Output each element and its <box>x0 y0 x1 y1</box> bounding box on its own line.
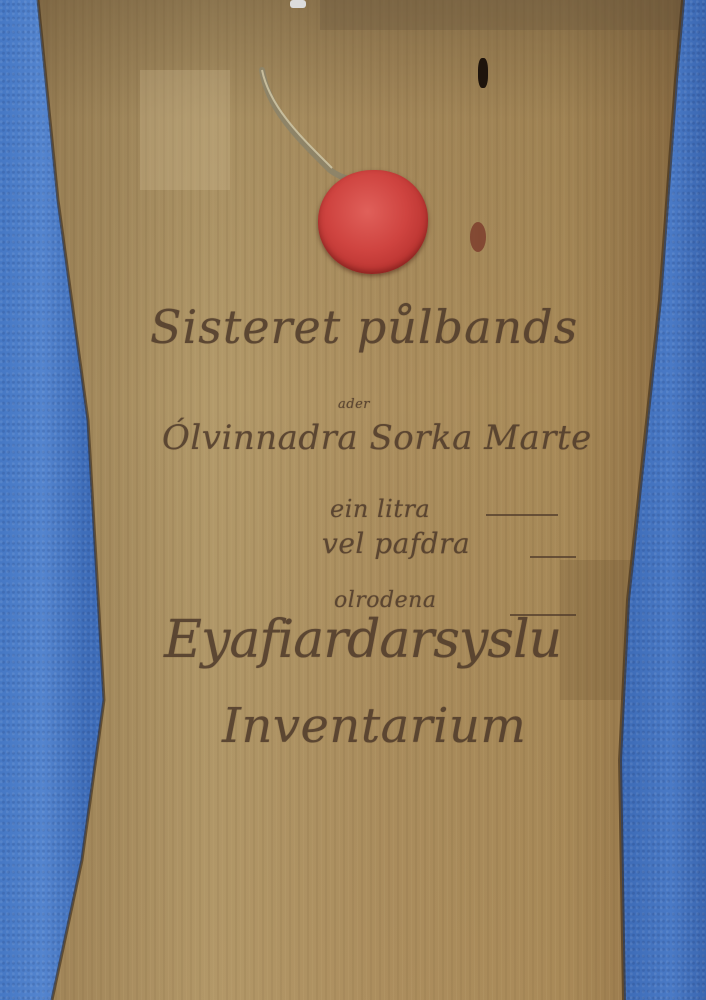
red-wax-seal <box>318 170 428 274</box>
seal-string <box>0 0 706 1000</box>
